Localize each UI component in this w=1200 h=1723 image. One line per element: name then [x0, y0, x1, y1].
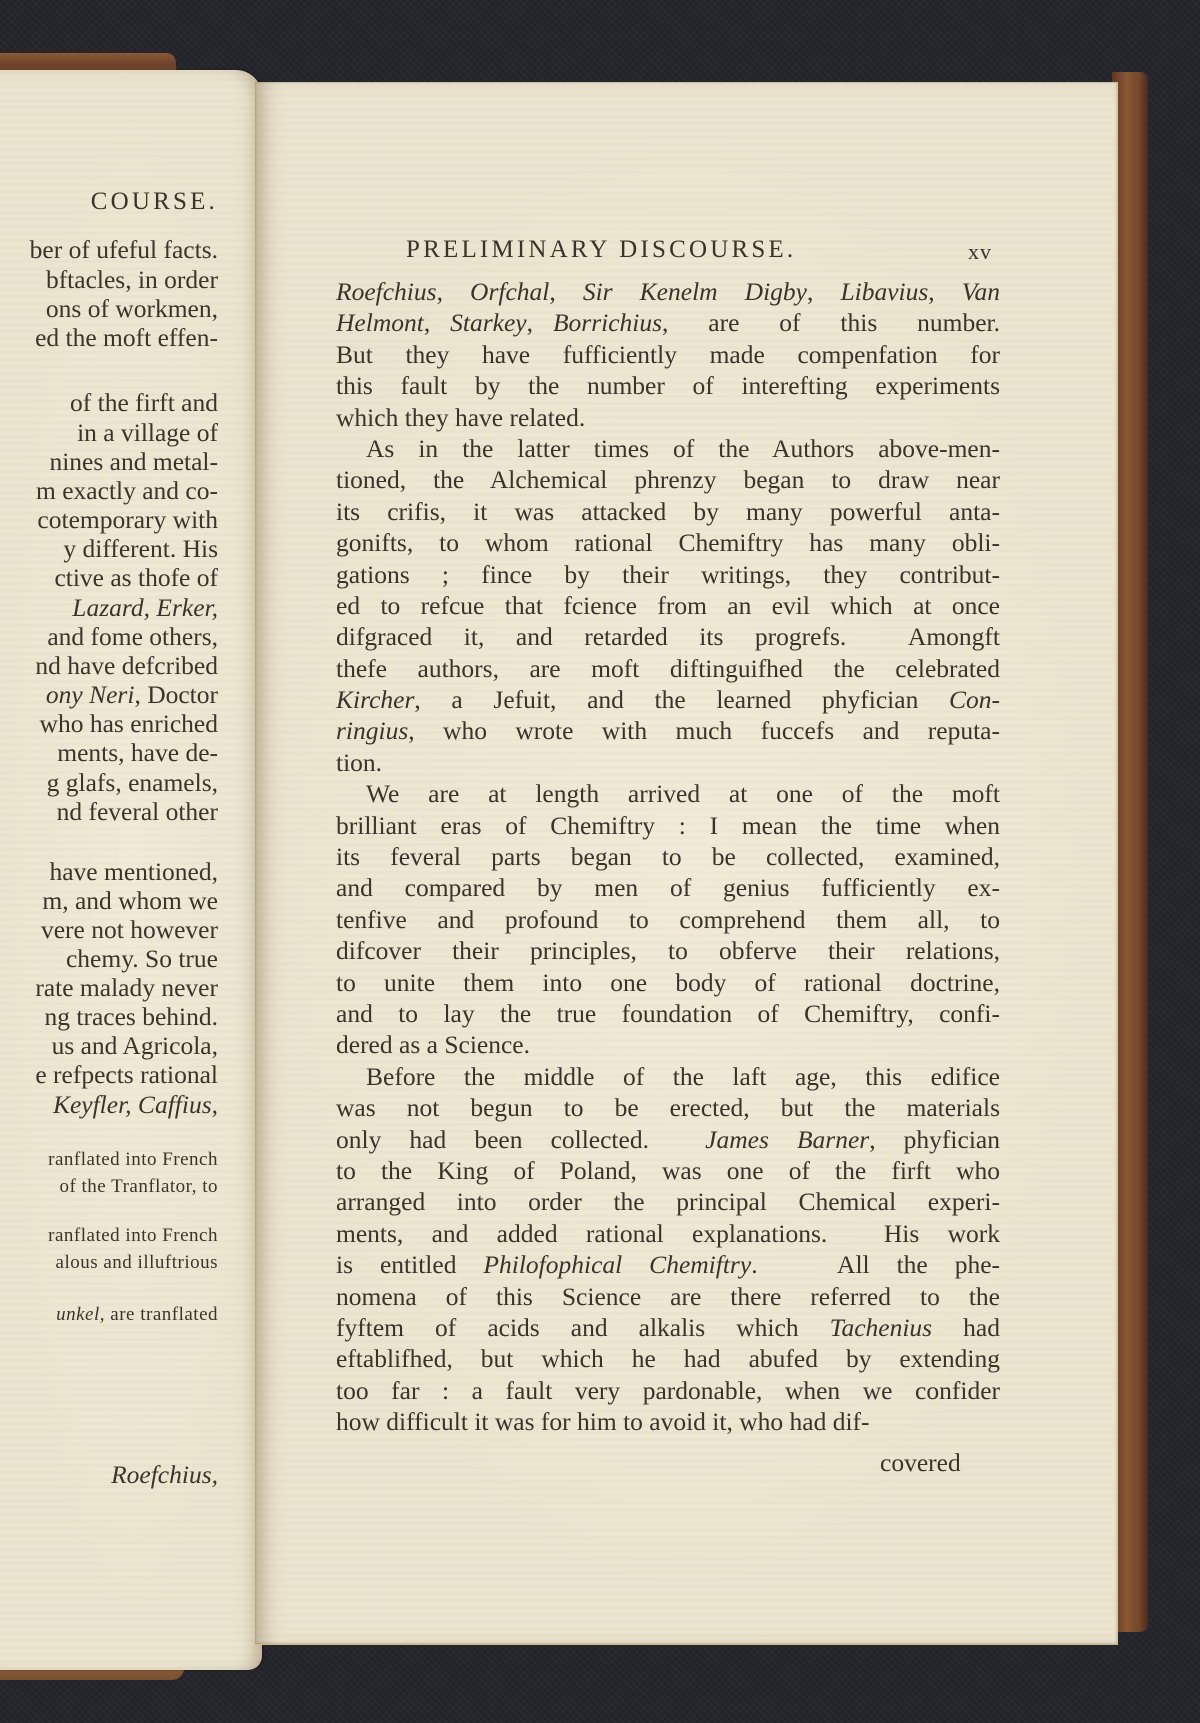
text-run: is entitled	[336, 1250, 483, 1279]
left-text-line: ng traces behind.	[45, 1002, 218, 1032]
text-run: its crifis, it was attacked by many powe…	[336, 497, 1000, 526]
text-line: difgraced it, and retarded its progrefs.…	[336, 621, 1000, 652]
italic-name: Borrichius	[553, 308, 662, 337]
italic-name: Con-	[949, 685, 1000, 714]
text-run: was not begun to be erected, but the mat…	[336, 1093, 1000, 1122]
left-text-line: ed the moft effen-	[35, 323, 218, 353]
text-run: ,	[437, 277, 470, 306]
text-run: We are at length arrived at one of the m…	[366, 779, 1000, 808]
left-text-line: Lazard, Erker,	[72, 593, 218, 623]
text-line: which they have related.	[336, 402, 1000, 433]
text-run: Before the middle of the laft age, this …	[366, 1062, 1000, 1091]
right-catchword: covered	[880, 1447, 961, 1478]
text-run: and compared by men of genius fufficient…	[336, 873, 1000, 902]
text-run: only had been collected.	[336, 1125, 705, 1154]
paragraph: We are at length arrived at one of the m…	[336, 778, 1000, 1061]
left-text-line: m exactly and co-	[36, 476, 218, 506]
left-text-line: ony Neri, Doctor	[46, 680, 218, 710]
italic-name: Kircher	[336, 685, 414, 714]
text-run: difgraced it, and retarded its progrefs.…	[336, 622, 1000, 651]
text-run: its feveral parts began to be collected,…	[336, 842, 1000, 871]
left-text-line: who has enriched	[40, 709, 218, 739]
text-line: and compared by men of genius fufficient…	[336, 872, 1000, 903]
italic-name: Van	[962, 277, 1000, 306]
text-run: and to lay the true foundation of Chemif…	[336, 999, 1000, 1028]
text-run: , phyfician	[869, 1125, 1000, 1154]
left-text-line: ments, have de-	[57, 738, 218, 768]
text-run: eftablifhed, but which he had abufed by …	[336, 1344, 1000, 1373]
text-line: its feveral parts began to be collected,…	[336, 841, 1000, 872]
paragraph: Before the middle of the laft age, this …	[336, 1061, 1000, 1438]
folio-number: xv	[968, 239, 992, 265]
text-line: is entitled Philofophical Chemiftry. All…	[336, 1249, 1000, 1280]
text-run: to unite them into one body of rational …	[336, 968, 1000, 997]
text-line: only had been collected. James Barner, p…	[336, 1124, 1000, 1155]
text-line: dered as a Science.	[336, 1029, 1000, 1060]
text-run: As in the latter times of the Authors ab…	[366, 434, 1000, 463]
text-line: But they have fufficiently made compenfa…	[336, 339, 1000, 370]
text-run: ,	[424, 308, 450, 337]
left-catchword: Roefchius,	[111, 1460, 218, 1490]
text-run: tenfive and profound to comprehend them …	[336, 905, 1000, 934]
italic-name: Tachenius	[830, 1313, 933, 1342]
text-line: nomena of this Science are there referre…	[336, 1281, 1000, 1312]
text-run: arranged into order the principal Chemic…	[336, 1187, 1000, 1216]
left-footnote-line: alous and illuftrious	[56, 1252, 218, 1274]
italic-name: Starkey	[450, 308, 526, 337]
left-page: COURSE. ber of ufeful facts.bftacles, in…	[0, 70, 262, 1670]
text-run: this fault by the number of interefting …	[336, 371, 1000, 400]
italic-name: ringius	[336, 716, 408, 745]
left-text-line: ons of workmen,	[46, 294, 218, 324]
text-run: ments, and added rational explanations. …	[336, 1219, 1000, 1248]
text-run: fyftem of acids and alkalis which	[336, 1313, 830, 1342]
text-line: its crifis, it was attacked by many powe…	[336, 496, 1000, 527]
left-text-line: of the firft and	[70, 388, 218, 418]
text-line: this fault by the number of interefting …	[336, 370, 1000, 401]
text-line: to unite them into one body of rational …	[336, 967, 1000, 998]
left-footnote-line: ranflated into French	[48, 1149, 218, 1171]
text-line: brilliant eras of Chemiftry : I mean the…	[336, 810, 1000, 841]
text-run: to the King of Poland, was one of the fi…	[336, 1156, 1000, 1185]
left-text-line: cotemporary with	[37, 505, 218, 535]
left-text-line: bftacles, in order	[46, 265, 218, 295]
text-run: ,	[928, 277, 961, 306]
left-text-line: have mentioned,	[49, 857, 218, 887]
text-run: dered as a Science.	[336, 1030, 530, 1059]
left-text-line: vere not however	[41, 915, 218, 945]
text-line: ringius, who wrote with much fuccefs and…	[336, 715, 1000, 746]
text-line: and to lay the true foundation of Chemif…	[336, 998, 1000, 1029]
text-run: tioned, the Alchemical phrenzy began to …	[336, 465, 1000, 494]
text-line: was not begun to be erected, but the mat…	[336, 1092, 1000, 1123]
text-line: gonifts, to whom rational Chemiftry has …	[336, 527, 1000, 558]
text-run: , who wrote with much fuccefs and reputa…	[408, 716, 1000, 745]
text-line: eftablifhed, but which he had abufed by …	[336, 1343, 1000, 1374]
left-text-line: y different. His	[63, 534, 218, 564]
left-text-line: nd feveral other	[57, 797, 218, 827]
left-running-head: COURSE.	[91, 188, 218, 216]
text-line: gations ; fince by their writings, they …	[336, 559, 1000, 590]
left-footnote-line: ranflated into French	[48, 1225, 218, 1247]
text-run: ,	[527, 308, 553, 337]
left-text-line: and fome others,	[47, 622, 218, 652]
text-line: Helmont, Starkey, Borrichius, are of thi…	[336, 307, 1000, 338]
text-run: gonifts, to whom rational Chemiftry has …	[336, 528, 1000, 557]
left-text-line: chemy. So true	[66, 944, 218, 974]
left-text-line: e refpects rational	[35, 1060, 218, 1090]
left-text-line: rate malady never	[35, 973, 218, 1003]
text-run: ,	[807, 277, 840, 306]
italic-name: Orfchal	[470, 277, 549, 306]
text-run: too far : a fault very pardonable, when …	[336, 1376, 1000, 1405]
text-run: brilliant eras of Chemiftry : I mean the…	[336, 811, 1000, 840]
right-page-body: Roefchius, Orfchal, Sir Kenelm Digby, Li…	[336, 276, 1000, 1437]
italic-name: Libavius	[840, 277, 928, 306]
left-text-line: nd have defcribed	[35, 651, 218, 681]
left-text-line: g glafs, enamels,	[47, 768, 218, 798]
left-footnote-line: unkel, are tranflated	[56, 1304, 218, 1326]
left-text-line: Keyfler, Caffius,	[53, 1090, 218, 1120]
text-line: to the King of Poland, was one of the fi…	[336, 1155, 1000, 1186]
italic-name: Roefchius	[336, 277, 437, 306]
left-text-line: in a village of	[77, 418, 218, 448]
text-run: nomena of this Science are there referre…	[336, 1282, 1000, 1311]
text-run: how difficult it was for him to avoid it…	[336, 1407, 870, 1436]
text-line: tion.	[336, 747, 1000, 778]
left-text-line: nines and metal-	[49, 447, 218, 477]
text-run: ed to refcue that fcience from an evil w…	[336, 591, 1000, 620]
text-line: Before the middle of the laft age, this …	[336, 1061, 1000, 1092]
text-run: , are of this number.	[662, 308, 1000, 337]
text-line: how difficult it was for him to avoid it…	[336, 1406, 1000, 1437]
text-line: ments, and added rational explanations. …	[336, 1218, 1000, 1249]
text-run: had	[932, 1313, 1000, 1342]
text-line: ed to refcue that fcience from an evil w…	[336, 590, 1000, 621]
italic-name: Helmont	[336, 308, 424, 337]
text-run: . All the phe-	[751, 1250, 1000, 1279]
paragraph: As in the latter times of the Authors ab…	[336, 433, 1000, 778]
text-line: fyftem of acids and alkalis which Tachen…	[336, 1312, 1000, 1343]
text-line: As in the latter times of the Authors ab…	[336, 433, 1000, 464]
text-line: difcover their principles, to obferve th…	[336, 935, 1000, 966]
italic-name: James Barner	[705, 1125, 869, 1154]
left-text-line: ber of ufeful facts.	[30, 235, 218, 265]
text-run: thefe authors, are moft diftinguifhed th…	[336, 654, 1000, 683]
text-line: tioned, the Alchemical phrenzy began to …	[336, 464, 1000, 495]
text-run: tion.	[336, 748, 382, 777]
text-line: tenfive and profound to comprehend them …	[336, 904, 1000, 935]
italic-name: Philofophical Chemiftry	[483, 1250, 751, 1279]
italic-name: Sir Kenelm Digby	[583, 277, 807, 306]
text-line: Kircher, a Jefuit, and the learned phyfi…	[336, 684, 1000, 715]
paragraph: Roefchius, Orfchal, Sir Kenelm Digby, Li…	[336, 276, 1000, 433]
text-run: which they have related.	[336, 403, 585, 432]
right-running-head: PRELIMINARY DISCOURSE.	[406, 236, 796, 264]
text-run: gations ; fince by their writings, they …	[336, 560, 1000, 589]
left-footnote-line: of the Tranflator, to	[59, 1176, 218, 1198]
left-text-line: us and Agricola,	[52, 1031, 218, 1061]
text-run: ,	[549, 277, 582, 306]
text-run: , a Jefuit, and the learned phyfician	[414, 685, 949, 714]
text-line: thefe authors, are moft diftinguifhed th…	[336, 653, 1000, 684]
text-line: Roefchius, Orfchal, Sir Kenelm Digby, Li…	[336, 276, 1000, 307]
text-line: arranged into order the principal Chemic…	[336, 1186, 1000, 1217]
text-line: We are at length arrived at one of the m…	[336, 778, 1000, 809]
left-text-line: m, and whom we	[42, 886, 218, 916]
text-run: But they have fufficiently made compenfa…	[336, 340, 1000, 369]
text-line: too far : a fault very pardonable, when …	[336, 1375, 1000, 1406]
text-run: difcover their principles, to obferve th…	[336, 936, 1000, 965]
left-text-line: ctive as thofe of	[54, 563, 218, 593]
